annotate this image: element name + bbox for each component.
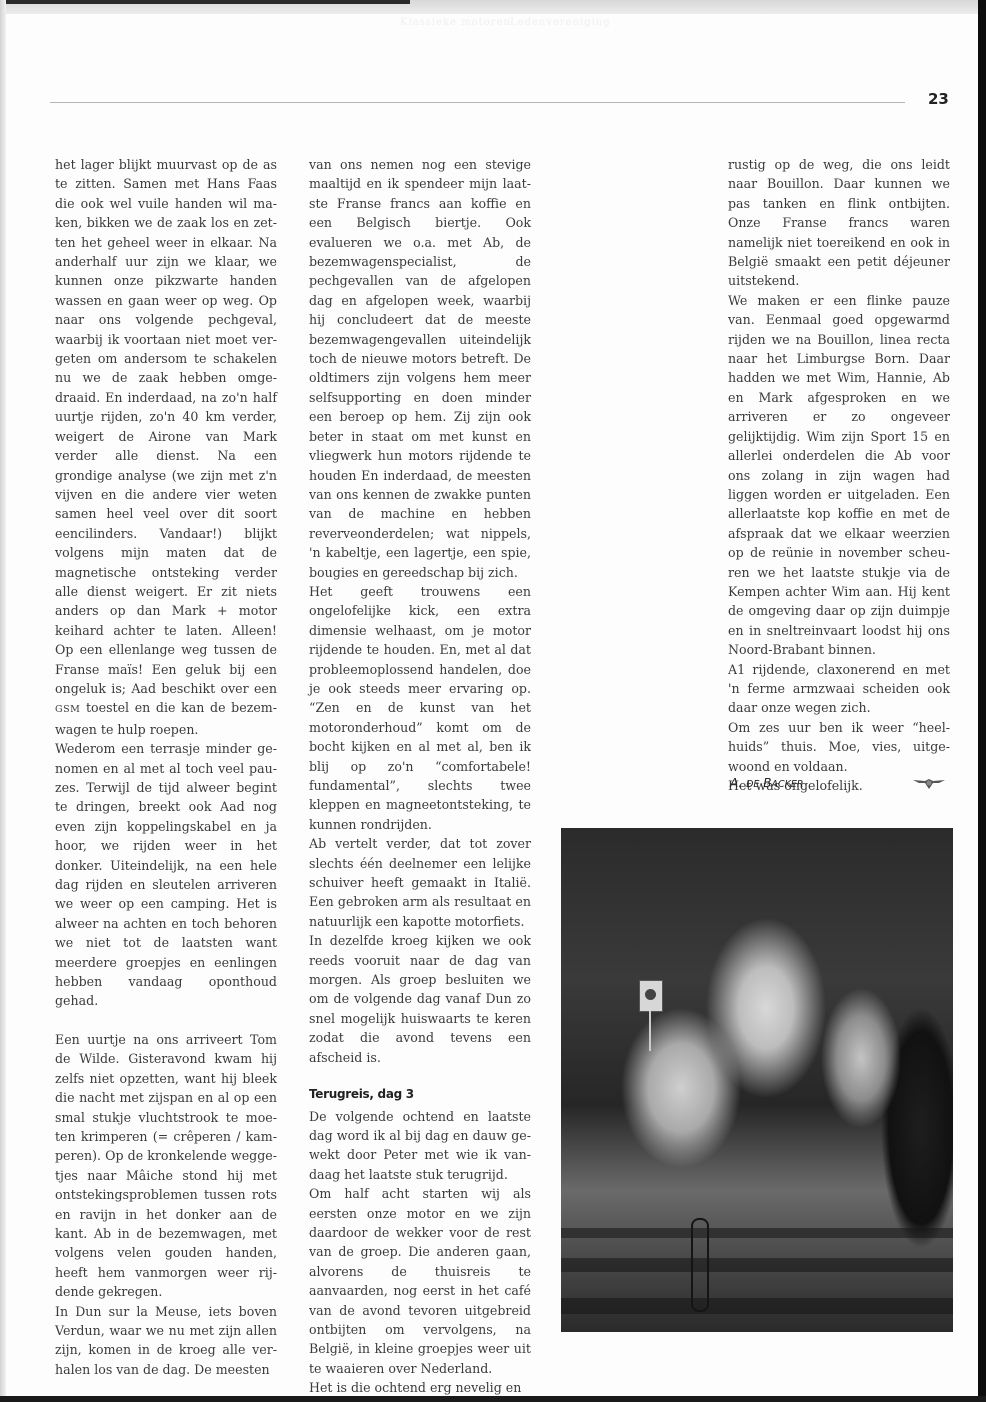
header-rule	[50, 102, 905, 103]
traffic-sign	[639, 980, 663, 1012]
paragraph: A1 rijdende, claxonerend en met 'n ferme…	[728, 660, 950, 718]
paragraph: De volgende ochtend en laatste dag word …	[309, 1107, 531, 1185]
paragraph: Het geeft trouwens een ongelofelij­ke ki…	[309, 582, 531, 834]
paragraph: We maken er een flinke pauze van. Eenmaa…	[728, 291, 950, 660]
bicycle-wheel	[691, 1218, 709, 1312]
article-column-3: rustig op de weg, die ons leidt naar Bou…	[728, 155, 950, 795]
article-column-2: van ons nemen nog een stevige maaltijd e…	[309, 155, 531, 1398]
paragraph: Ab vertelt verder, dat tot zover slechts…	[309, 834, 531, 931]
paragraph: van ons nemen nog een stevige maaltijd e…	[309, 155, 531, 582]
ghost-header-left: Klassieke motoren	[400, 17, 511, 28]
article-photo	[561, 828, 953, 1332]
paragraph: Om zes uur ben ik weer “heel­huids” thui…	[728, 718, 950, 776]
paragraph: rustig op de weg, die ons leidt naar Bou…	[728, 155, 950, 291]
section-subheading: Terugreis, dag 3	[309, 1085, 531, 1104]
paragraph: Het is die ochtend erg nevelig en	[309, 1378, 531, 1397]
small-caps-gsm: GSM	[55, 704, 80, 715]
paragraph: In dezelfde kroeg kijken we ook reeds vo…	[309, 931, 531, 1067]
scan-top-edge	[0, 0, 986, 14]
paragraph: Om half acht starten wij als eersten onz…	[309, 1184, 531, 1378]
scan-right-edge	[978, 0, 986, 1402]
paragraph: Wederom een terrasje minder ge­nomen en …	[55, 739, 277, 1011]
page-number: 23	[928, 90, 949, 108]
paragraph: In Dun sur la Meuse, iets boven Verdun, …	[55, 1302, 277, 1380]
scan-left-edge	[0, 0, 6, 1402]
paragraph: het lager blijkt muurvast op de as te zi…	[55, 155, 277, 739]
author-byline: A. DE BACKER	[730, 776, 803, 790]
paragraph: Een uurtje na ons arriveert Tom de Wilde…	[55, 1030, 277, 1302]
ghost-header-right: Ledenvereniging	[510, 17, 611, 28]
article-column-1: het lager blijkt muurvast op de as te zi…	[55, 155, 277, 1379]
winged-emblem-icon	[913, 777, 945, 791]
